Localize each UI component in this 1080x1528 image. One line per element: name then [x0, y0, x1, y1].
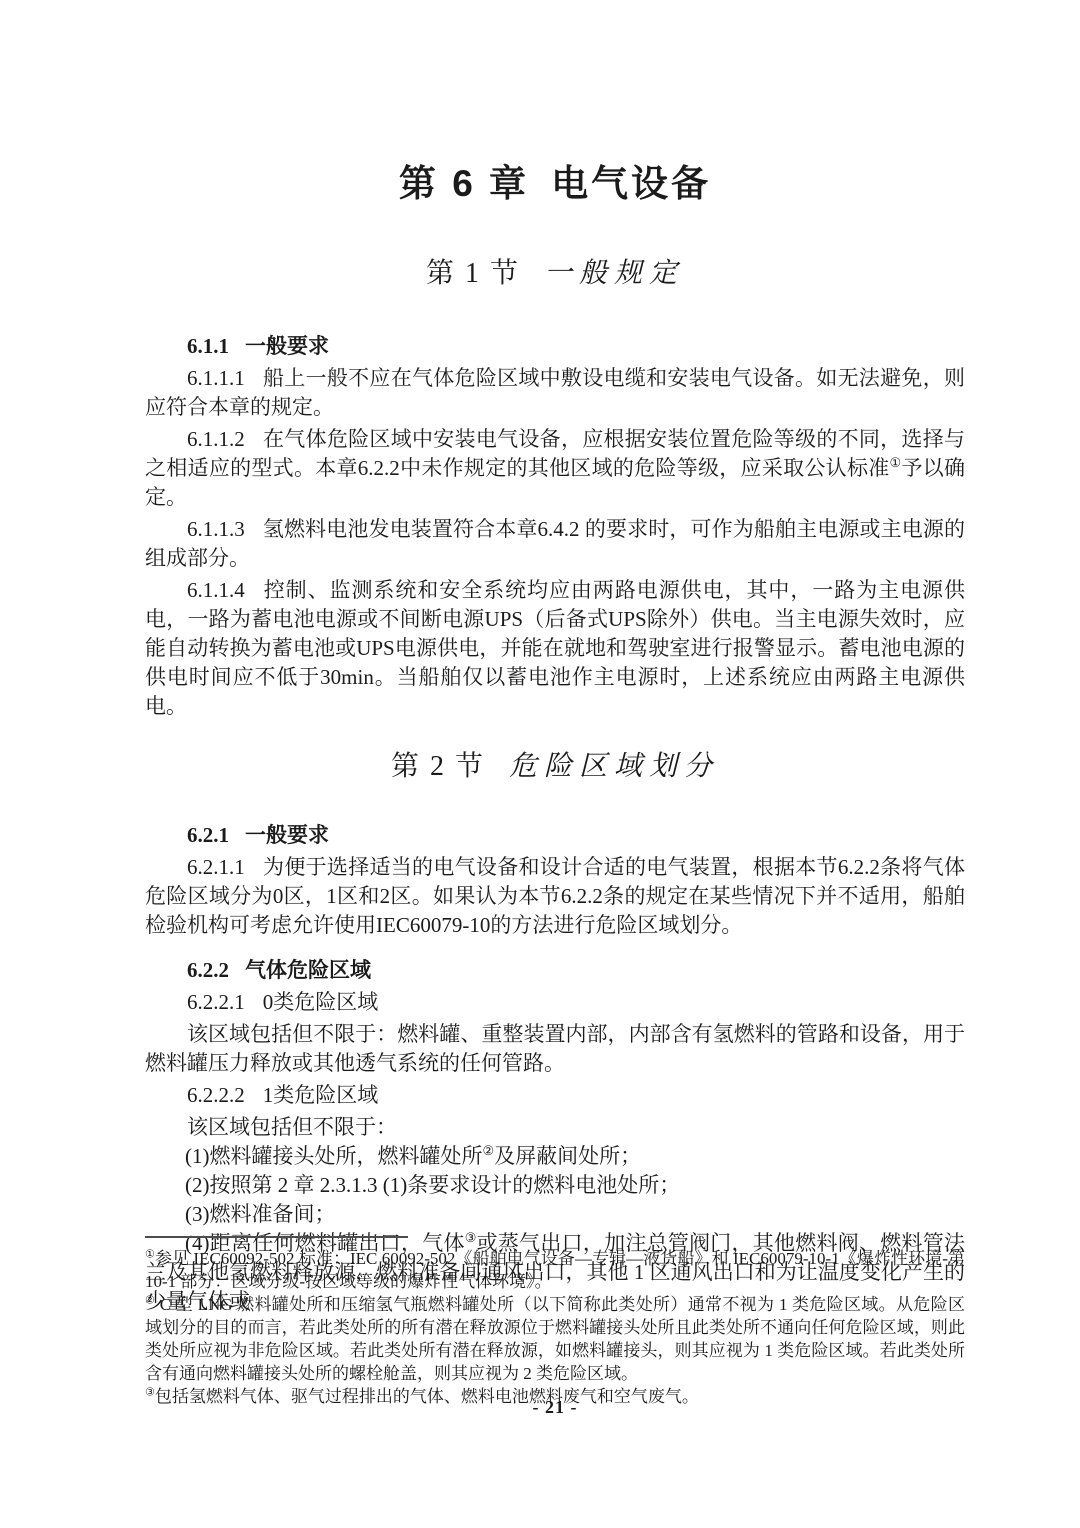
section-1-number: 第 1 节	[426, 258, 520, 289]
list-item-text: 燃料准备间；	[210, 1202, 336, 1226]
section-1-heading: 第 1 节一般规定	[145, 256, 965, 292]
clause-number: 6.1.1.3	[187, 517, 245, 541]
clause-text: 氢燃料电池发电装置符合本章6.4.2 的要求时，可作为船舶主电源或主电源的组成部…	[145, 517, 965, 570]
footnote-2: ② C 型 LNG 燃料罐处所和压缩氢气瓶燃料罐处所（以下简称此类处所）通常不视…	[145, 1293, 965, 1385]
list-item-2: (2)按照第 2 章 2.3.1.3 (1)条要求设计的燃料电池处所；	[145, 1171, 965, 1200]
paragraph-6-1-1-3: 6.1.1.3氢燃料电池发电装置符合本章6.4.2 的要求时，可作为船舶主电源或…	[145, 515, 965, 573]
paragraph-zone1-intro: 该区域包括但不限于：	[145, 1113, 965, 1142]
clause-number: 6.1.1.4	[187, 578, 245, 602]
footnote-ref-2-icon: ②	[483, 1143, 495, 1158]
clause-number: 6.1.1.2	[187, 427, 245, 451]
list-item-3: (3)燃料准备间；	[145, 1200, 965, 1229]
clause-text: 该区域包括但不限于：燃料罐、重整装置内部，内部含有氢燃料的管路和设备，用于燃料罐…	[145, 1022, 965, 1075]
footnote-1: ①参见 IEC60092-502 标准：IEC 60092-502《船舶电气设备…	[145, 1247, 965, 1293]
heading-6-2-2-2: 6.2.2.21类危险区域	[145, 1081, 965, 1110]
section-1-title: 一般规定	[544, 258, 684, 289]
paragraph-zone0: 该区域包括但不限于：燃料罐、重整装置内部，内部含有氢燃料的管路和设备，用于燃料罐…	[145, 1020, 965, 1078]
footnote-2-marker: ②	[145, 1294, 155, 1306]
chapter-number: 第 6 章	[399, 163, 529, 204]
paragraph-6-2-1-1: 6.2.1.1为便于选择适当的电气设备和设计合适的电气装置，根据本节6.2.2条…	[145, 853, 965, 940]
heading-6-2-1-label: 一般要求	[245, 824, 329, 847]
paragraph-6-1-1-2: 6.1.1.2在气体危险区域中安装电气设备，应根据安装位置危险等级的不同，选择与…	[145, 425, 965, 512]
footnote-separator	[145, 1236, 408, 1238]
list-item-text: 及屏蔽间处所；	[494, 1144, 641, 1168]
footnote-area: ①参见 IEC60092-502 标准：IEC 60092-502《船舶电气设备…	[145, 1236, 965, 1408]
list-item-marker: (3)	[185, 1202, 210, 1226]
clause-text: 在气体危险区域中安装电气设备，应根据安装位置危险等级的不同，选择与之相适应的型式…	[145, 427, 965, 480]
heading-6-1-1: 6.1.1一般要求	[145, 332, 965, 361]
heading-6-2-2-label: 气体危险区域	[245, 959, 371, 982]
section-2-heading: 第 2 节危险区域划分	[145, 749, 965, 785]
footnote-ref-1-icon: ①	[890, 455, 902, 470]
clause-number: 6.2.2.2	[187, 1083, 245, 1107]
clause-text: 船上一般不应在气体危险区域中敷设电缆和安装电气设备。如无法避免，则应符合本章的规…	[145, 366, 965, 419]
document-content: 第 6 章电气设备 第 1 节一般规定 6.1.1一般要求 6.1.1.1船上一…	[0, 0, 1080, 1316]
footnote-1-text: 参见 IEC60092-502 标准：IEC 60092-502《船舶电气设备—…	[145, 1249, 965, 1291]
list-item-text: 按照第 2 章 2.3.1.3 (1)条要求设计的燃料电池处所；	[210, 1173, 681, 1197]
heading-6-2-1: 6.2.1一般要求	[145, 821, 965, 850]
section-2-number: 第 2 节	[391, 751, 485, 782]
list-item-marker: (1)	[185, 1144, 210, 1168]
list-item-marker: (2)	[185, 1173, 210, 1197]
clause-text: 0类危险区域	[263, 990, 379, 1014]
clause-text: 控制、监测系统和安全系统均应由两路电源供电，其中，一路为主电源供电，一路为蓄电池…	[145, 578, 965, 718]
heading-6-2-1-number: 6.2.1	[187, 823, 229, 847]
paragraph-6-1-1-4: 6.1.1.4控制、监测系统和安全系统均应由两路电源供电，其中，一路为主电源供电…	[145, 576, 965, 721]
list-item-text: 燃料罐接头处所，燃料罐处所	[210, 1144, 483, 1168]
document-page: 第 6 章电气设备 第 1 节一般规定 6.1.1一般要求 6.1.1.1船上一…	[0, 0, 1080, 1528]
page-number: - 21 -	[145, 1397, 965, 1418]
heading-6-2-2-number: 6.2.2	[187, 958, 229, 982]
footnote-1-marker: ①	[145, 1248, 155, 1260]
section-2-title: 危险区域划分	[509, 751, 719, 782]
footnote-2-text: C 型 LNG 燃料罐处所和压缩氢气瓶燃料罐处所（以下简称此类处所）通常不视为 …	[145, 1295, 965, 1383]
chapter-title: 第 6 章电气设备	[145, 162, 965, 206]
clause-text: 为便于选择适当的电气设备和设计合适的电气装置，根据本节6.2.2条将气体危险区域…	[145, 855, 965, 937]
clause-text: 该区域包括但不限于：	[187, 1115, 397, 1139]
clause-text: 1类危险区域	[263, 1083, 379, 1107]
chapter-name: 电气设备	[551, 163, 711, 204]
heading-6-2-2-1: 6.2.2.10类危险区域	[145, 988, 965, 1017]
clause-number: 6.2.2.1	[187, 990, 245, 1014]
paragraph-6-1-1-1: 6.1.1.1船上一般不应在气体危险区域中敷设电缆和安装电气设备。如无法避免，则…	[145, 364, 965, 422]
list-item-1: (1)燃料罐接头处所，燃料罐处所②及屏蔽间处所；	[145, 1142, 965, 1171]
clause-number: 6.1.1.1	[187, 366, 245, 390]
heading-6-1-1-number: 6.1.1	[187, 334, 229, 358]
heading-6-2-2: 6.2.2气体危险区域	[145, 956, 965, 985]
heading-6-1-1-label: 一般要求	[245, 335, 329, 358]
clause-number: 6.2.1.1	[187, 855, 245, 879]
